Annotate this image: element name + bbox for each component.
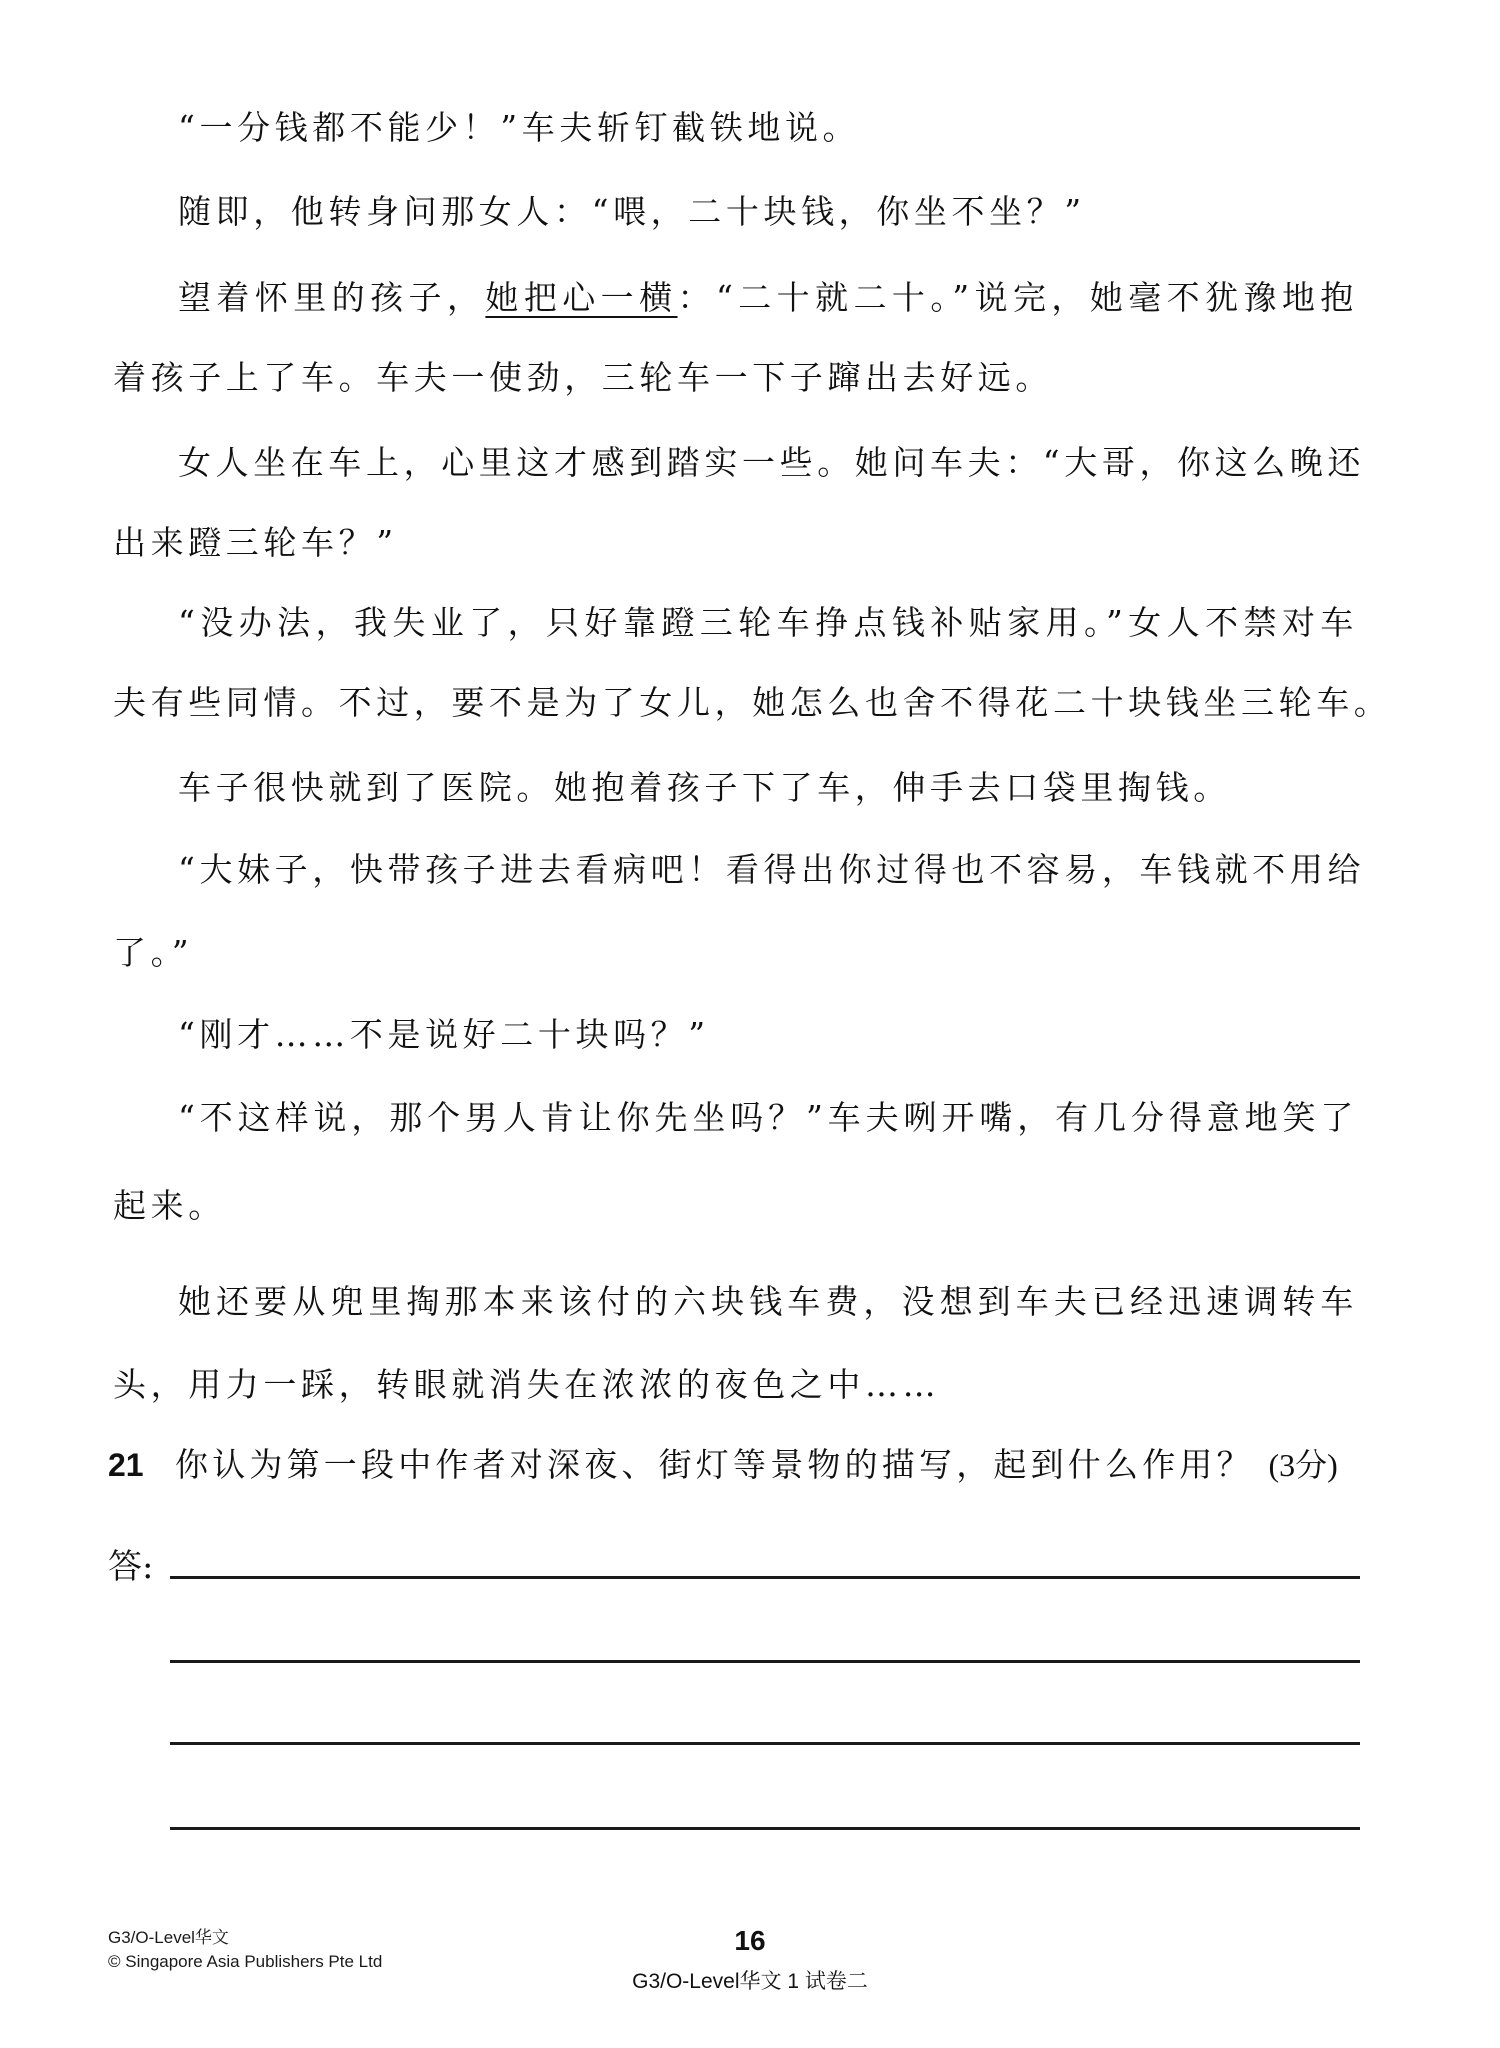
passage-line: “不这样说，那个男人肯让你先坐吗？”车夫咧开嘴，有几分得意地笑了 [178, 1096, 1358, 1140]
passage-line: 起来。 [113, 1184, 1358, 1228]
passage-line: “没办法，我失业了，只好靠蹬三轮车挣点钱补贴家用。”女人不禁对车 [178, 601, 1358, 645]
question-prompt: 你认为第一段中作者对深夜、街灯等景物的描写，起到什么作用？ [175, 1445, 1254, 1484]
passage-line: 头，用力一踩，转眼就消失在浓浓的夜色之中…… [113, 1363, 1358, 1407]
question-marks: (3分) [1269, 1447, 1338, 1483]
passage-line: 望着怀里的孩子，她把心一横：“二十就二十。”说完，她毫不犹豫地抱 [178, 276, 1358, 320]
passage-line: 出来蹬三轮车？” [113, 521, 1358, 565]
passage-line: 车子很快就到了医院。她抱着孩子下了车，伸手去口袋里掏钱。 [178, 766, 1358, 810]
page-number: 16 [0, 1925, 1500, 1957]
answer-label: 答: [108, 1545, 153, 1589]
passage-text: ：“二十就二十。”说完，她毫不犹豫地抱 [678, 278, 1358, 317]
passage-line: 着孩子上了车。车夫一使劲，三轮车一下子蹿出去好远。 [113, 356, 1358, 400]
passage-line: 女人坐在车上，心里这才感到踏实一些。她问车夫：“大哥，你这么晚还 [178, 441, 1358, 485]
answer-line-2[interactable] [170, 1660, 1360, 1663]
question-number: 21 [108, 1443, 144, 1487]
underlined-phrase: 她把心一横 [485, 278, 677, 317]
footer-paper-title: G3/O-Level华文 1 试卷二 [0, 1965, 1500, 1995]
passage-line: “一分钱都不能少！”车夫斩钉截铁地说。 [178, 106, 1358, 150]
answer-line-4[interactable] [170, 1827, 1360, 1830]
question-text: 你认为第一段中作者对深夜、街灯等景物的描写，起到什么作用？ (3分) [175, 1443, 1338, 1487]
answer-line-1[interactable] [170, 1576, 1360, 1579]
passage-line: 随即，他转身问那女人：“喂，二十块钱，你坐不坐？” [178, 190, 1358, 234]
passage-line: 了。” [113, 931, 1358, 975]
passage-text: 望着怀里的孩子， [178, 278, 485, 317]
passage-line: 她还要从兜里掏那本来该付的六块钱车费，没想到车夫已经迅速调转车 [178, 1280, 1358, 1324]
answer-line-3[interactable] [170, 1742, 1360, 1745]
passage-line: 夫有些同情。不过，要不是为了女儿，她怎么也舍不得花二十块钱坐三轮车。 [113, 681, 1358, 725]
passage-line: “大妹子，快带孩子进去看病吧！看得出你过得也不容易，车钱就不用给 [178, 848, 1358, 892]
passage-line: “刚才……不是说好二十块吗？” [178, 1013, 1358, 1057]
